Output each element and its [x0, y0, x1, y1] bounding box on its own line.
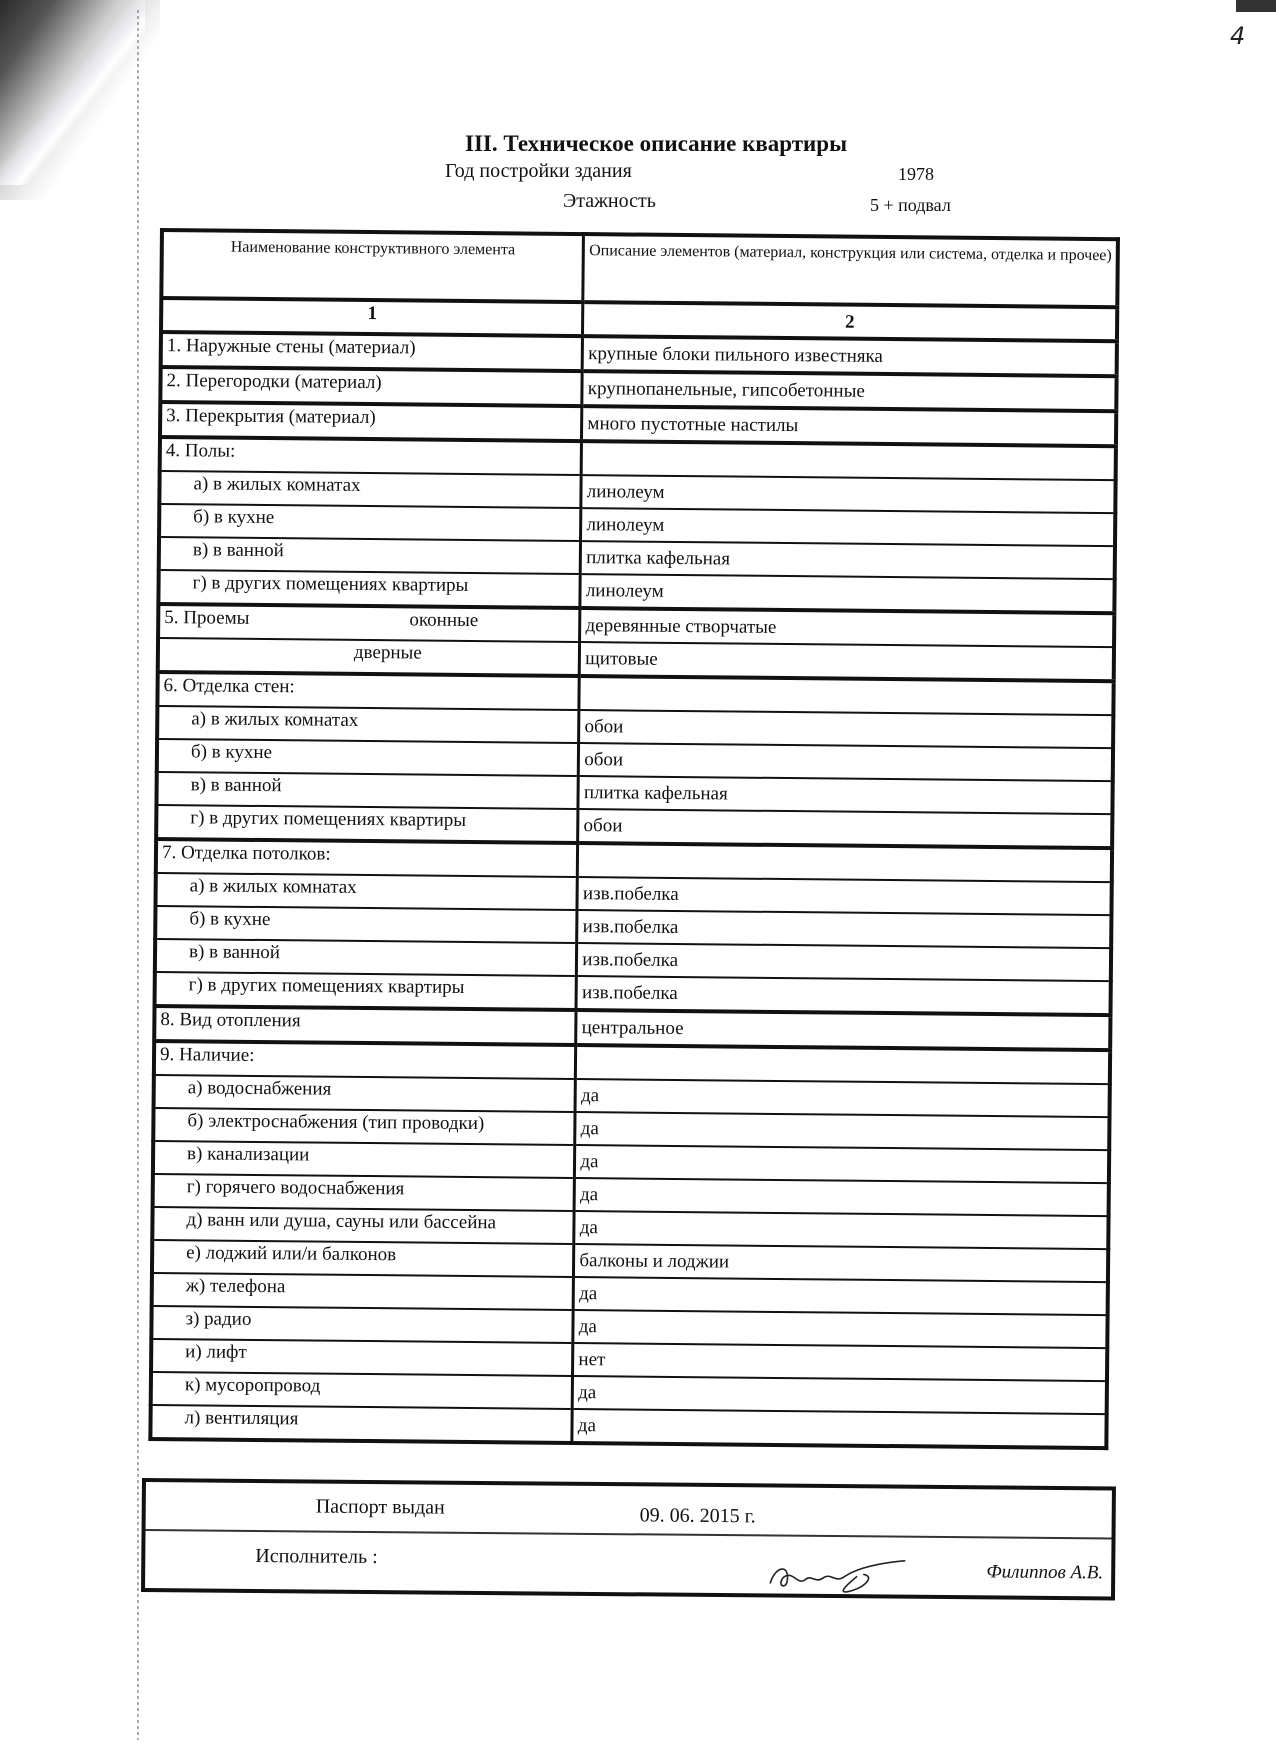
element-name: г) в других помещениях квартиры [164, 571, 468, 598]
element-name: з) радио [157, 1307, 251, 1332]
element-description [578, 843, 1112, 882]
element-description: изв.побелка [577, 943, 1111, 981]
element-description: да [573, 1376, 1107, 1414]
element-name-cell: 6. Отделка стен: [157, 672, 579, 710]
element-description: крупные блоки пильного известняка [582, 336, 1116, 376]
element-name: в) канализации [159, 1142, 310, 1167]
element-description: линолеум [581, 508, 1115, 546]
scan-edge [1236, 0, 1276, 12]
element-name: 5. Проемы [164, 607, 249, 629]
floors-value: 5 + подвал [870, 195, 951, 216]
element-description: да [573, 1310, 1107, 1348]
element-name-cell: з) радио [151, 1306, 573, 1343]
element-name: 4. Полы: [166, 440, 236, 462]
element-name-cell: а) в жилых комнатах [155, 873, 577, 910]
element-subtype: оконные [409, 608, 478, 633]
element-description: обои [579, 710, 1113, 748]
element-name: а) в жилых комнатах [162, 874, 357, 900]
floors-label: Этажность [563, 190, 656, 213]
element-description: обои [578, 809, 1112, 848]
element-name: к) мусоропровод [157, 1373, 321, 1399]
element-name: 3. Перекрытия (материал) [166, 405, 376, 428]
executor-name: Филиппов А.В. [986, 1561, 1103, 1584]
element-name: б) электроснабжения (тип проводки) [159, 1109, 484, 1136]
element-description: да [575, 1112, 1109, 1150]
element-name-cell: г) в других помещениях квартиры [156, 805, 578, 843]
element-description: балконы и лоджии [574, 1244, 1108, 1282]
page-fold-edge [0, 0, 145, 185]
element-name-cell: б) электроснабжения (тип проводки) [153, 1108, 575, 1145]
element-name: ж) телефона [158, 1274, 286, 1299]
element-description: центральное [576, 1010, 1110, 1050]
column-number-2: 2 [583, 302, 1117, 341]
element-name-cell: 5. Проемыоконные [158, 604, 580, 642]
element-description: линолеум [580, 574, 1114, 613]
element-description: щитовые [580, 642, 1114, 681]
technical-description-table: Наименование конструктивного элемента Оп… [148, 228, 1120, 1450]
element-name: л) вентиляция [156, 1406, 298, 1431]
element-description: линолеум [581, 475, 1115, 513]
element-description: крупнопанельные, гипсобетонные [582, 371, 1116, 411]
element-description: плитка кафельная [578, 776, 1112, 814]
element-name: 6. Отделка стен: [164, 675, 295, 697]
element-name: 8. Вид отопления [160, 1009, 300, 1031]
build-year-value: 1978 [898, 164, 934, 185]
element-subtype: дверные [354, 641, 422, 666]
element-name: б) в кухне [163, 740, 272, 765]
element-name-cell: в) в ванной [159, 537, 581, 574]
element-name: б) в кухне [165, 505, 274, 530]
element-name-cell: а) водоснабжения [154, 1075, 576, 1112]
element-name-cell: 1. Наружные стены (материал) [161, 332, 583, 371]
element-description: да [574, 1211, 1108, 1249]
element-name-cell: 9. Наличие: [154, 1041, 576, 1079]
element-description: нет [573, 1343, 1107, 1381]
element-name-cell: дверные [158, 638, 580, 676]
element-name-cell: 8. Вид отопления [154, 1006, 576, 1045]
column-header-description: Описание элементов (материал, конструкци… [583, 234, 1118, 307]
element-name-cell: к) мусоропровод [151, 1372, 573, 1409]
element-name-cell: б) в кухне [155, 906, 577, 943]
element-name-cell: 7. Отделка потолков: [156, 839, 578, 877]
element-name-cell: в) в ванной [155, 939, 577, 976]
element-name: д) ванн или душа, сауны или бассейна [158, 1208, 496, 1235]
element-name: в) в ванной [165, 538, 284, 563]
element-description [576, 1045, 1110, 1084]
element-description: да [575, 1079, 1109, 1117]
element-name: в) в ванной [161, 940, 280, 965]
element-name-cell: а) в жилых комнатах [159, 471, 581, 508]
column-number-1: 1 [161, 298, 583, 336]
element-description: изв.побелка [577, 910, 1111, 948]
issuance-box: Паспорт выдан 09. 06. 2015 г. Исполнител… [141, 1478, 1116, 1600]
page-number: 4 [1230, 22, 1245, 50]
passport-issued-label: Паспорт выдан [316, 1496, 445, 1520]
element-name-cell: в) канализации [153, 1141, 575, 1178]
element-name: а) водоснабжения [160, 1076, 332, 1102]
element-name-cell: г) в других помещениях квартиры [155, 972, 577, 1010]
element-name-cell: 4. Полы: [160, 437, 582, 475]
element-name: 7. Отделка потолков: [162, 842, 331, 865]
element-description [581, 441, 1115, 480]
element-description: да [573, 1277, 1107, 1315]
signature-icon [765, 1555, 915, 1596]
element-name: 9. Наличие: [160, 1044, 255, 1066]
element-description: да [574, 1178, 1108, 1216]
element-description: да [572, 1409, 1106, 1448]
element-description [579, 676, 1113, 715]
element-description: деревянные створчатые [580, 608, 1114, 647]
element-name-cell: д) ванн или душа, сауны или бассейна [152, 1207, 574, 1244]
element-name-cell: г) горячего водоснабжения [153, 1174, 575, 1211]
element-name-cell: 2. Перегородки (материал) [160, 367, 582, 406]
element-name-cell: 3. Перекрытия (материал) [160, 402, 582, 441]
footer-divider [146, 1529, 1112, 1539]
element-description: изв.побелка [576, 976, 1110, 1015]
binding-perforation [137, 10, 139, 1740]
element-description: плитка кафельная [581, 541, 1115, 579]
element-name: б) в кухне [161, 907, 270, 932]
element-name: а) в жилых комнатах [163, 707, 358, 733]
element-name-cell: б) в кухне [159, 504, 581, 541]
element-name: и) лифт [157, 1340, 247, 1365]
element-name-cell: л) вентиляция [150, 1405, 572, 1443]
element-name-cell: а) в жилых комнатах [157, 706, 579, 743]
executor-label: Исполнитель : [255, 1545, 378, 1569]
element-description: много пустотные настилы [582, 406, 1116, 446]
element-name: в) в ванной [163, 773, 282, 798]
element-name-cell: в) в ванной [156, 772, 578, 809]
passport-issued-date: 09. 06. 2015 г. [640, 1504, 756, 1528]
column-header-element: Наименование конструктивного элемента [161, 230, 583, 302]
element-name: г) в других помещениях квартиры [161, 973, 465, 1000]
element-description: обои [579, 743, 1113, 781]
element-name-cell: и) лифт [151, 1339, 573, 1376]
element-name-cell: б) в кухне [157, 739, 579, 776]
element-name: 1. Наружные стены (материал) [167, 335, 416, 358]
element-name-cell: г) в других помещениях квартиры [158, 570, 580, 608]
element-description: да [575, 1145, 1109, 1183]
element-description: изв.побелка [577, 877, 1111, 915]
build-year-label: Год постройки здания [445, 160, 632, 183]
element-name-cell: е) лоджий или/и балконов [152, 1240, 574, 1277]
element-name: 2. Перегородки (материал) [166, 370, 381, 393]
element-name-cell: ж) телефона [152, 1273, 574, 1310]
element-name: а) в жилых комнатах [165, 472, 360, 498]
document-title: III. Техническое описание квартиры [465, 131, 847, 157]
element-name: г) горячего водоснабжения [159, 1175, 405, 1201]
element-name: е) лоджий или/и балконов [158, 1241, 396, 1267]
element-name: г) в других помещениях квартиры [162, 806, 466, 833]
